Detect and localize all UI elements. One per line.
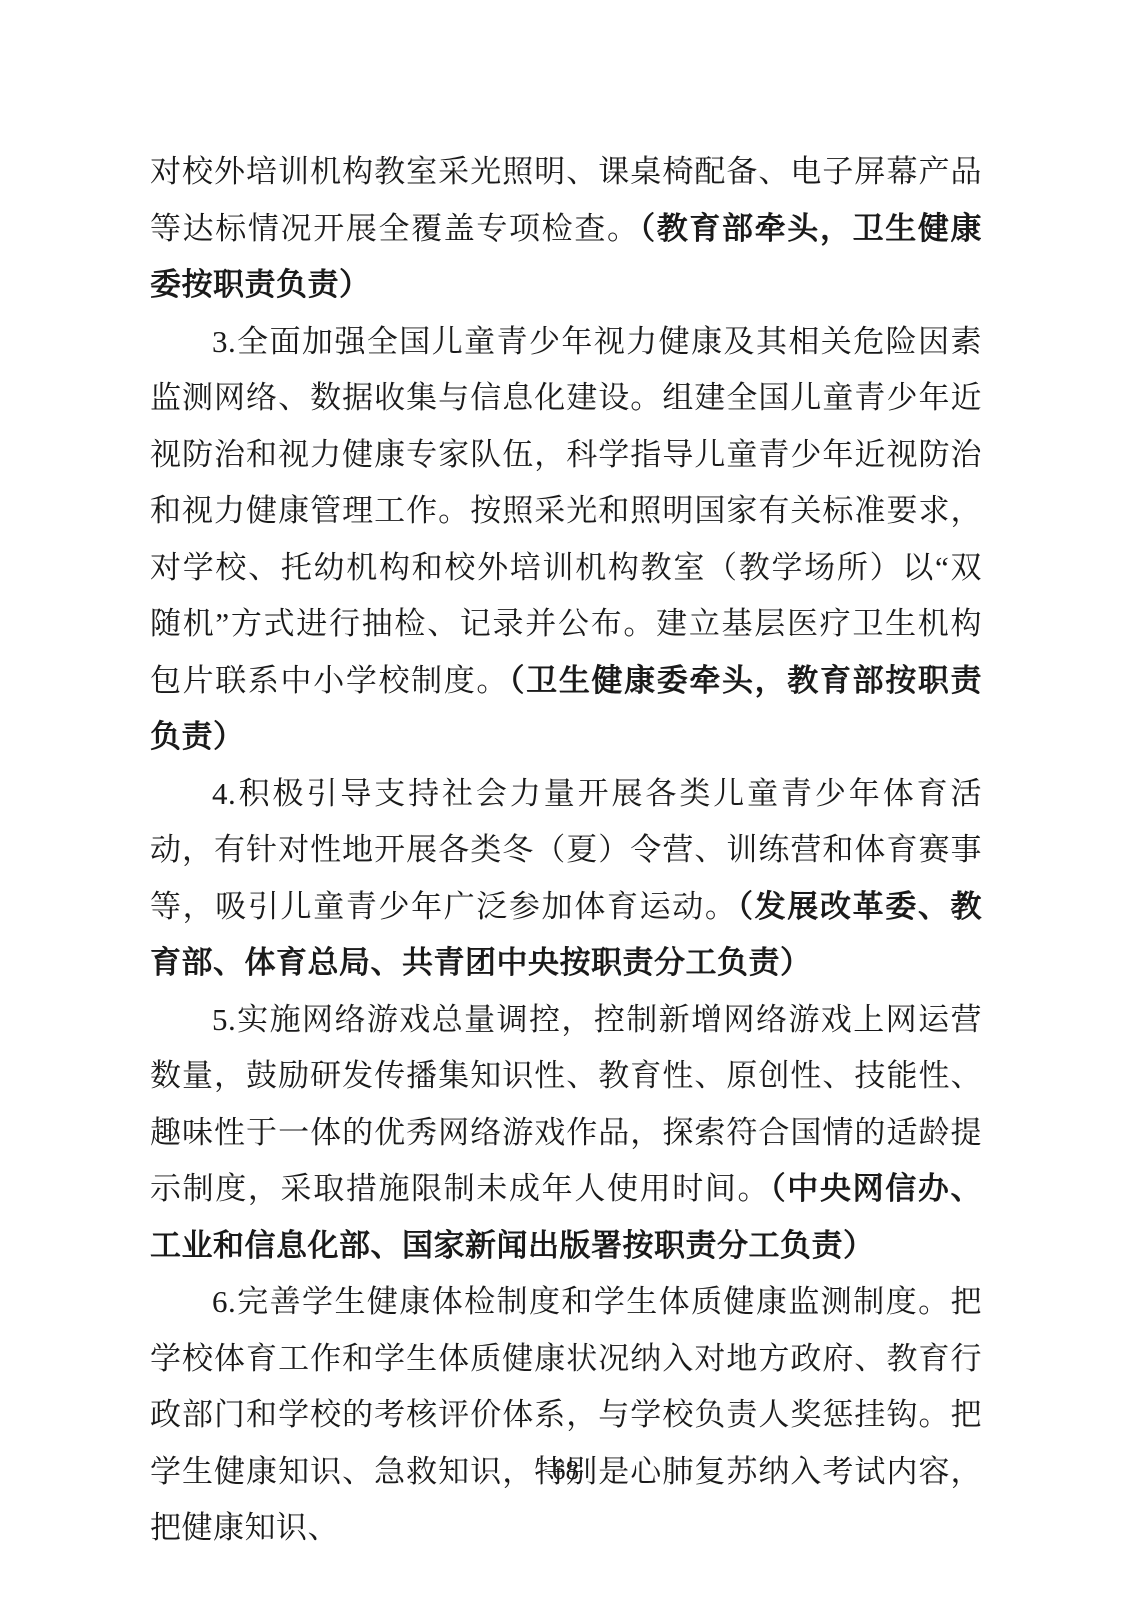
page-footer: 68 bbox=[0, 1452, 1131, 1488]
paragraph-continuation: 对校外培训机构教室采光照明、课桌椅配备、电子屏幕产品等达标情况开展全覆盖专项检查… bbox=[150, 144, 982, 314]
document-page: 对校外培训机构教室采光照明、课桌椅配备、电子屏幕产品等达标情况开展全覆盖专项检查… bbox=[0, 0, 1131, 1600]
body-text-segment: 3.全面加强全国儿童青少年视力健康及其相关危险因素监测网络、数据收集与信息化建设… bbox=[150, 324, 982, 698]
page-number: 68 bbox=[552, 1455, 579, 1485]
paragraph-item-4: 4.积极引导支持社会力量开展各类儿童青少年体育活动，有针对性地开展各类冬（夏）令… bbox=[150, 766, 982, 992]
document-body: 对校外培训机构教室采光照明、课桌椅配备、电子屏幕产品等达标情况开展全覆盖专项检查… bbox=[150, 144, 982, 1557]
paragraph-item-3: 3.全面加强全国儿童青少年视力健康及其相关危险因素监测网络、数据收集与信息化建设… bbox=[150, 314, 982, 766]
body-text-segment: 6.完善学生健康体检制度和学生体质健康监测制度。把学校体育工作和学生体质健康状况… bbox=[150, 1284, 982, 1545]
paragraph-item-6: 6.完善学生健康体检制度和学生体质健康监测制度。把学校体育工作和学生体质健康状况… bbox=[150, 1274, 982, 1557]
paragraph-item-5: 5.实施网络游戏总量调控，控制新增网络游戏上网运营数量，鼓励研发传播集知识性、教… bbox=[150, 992, 982, 1275]
